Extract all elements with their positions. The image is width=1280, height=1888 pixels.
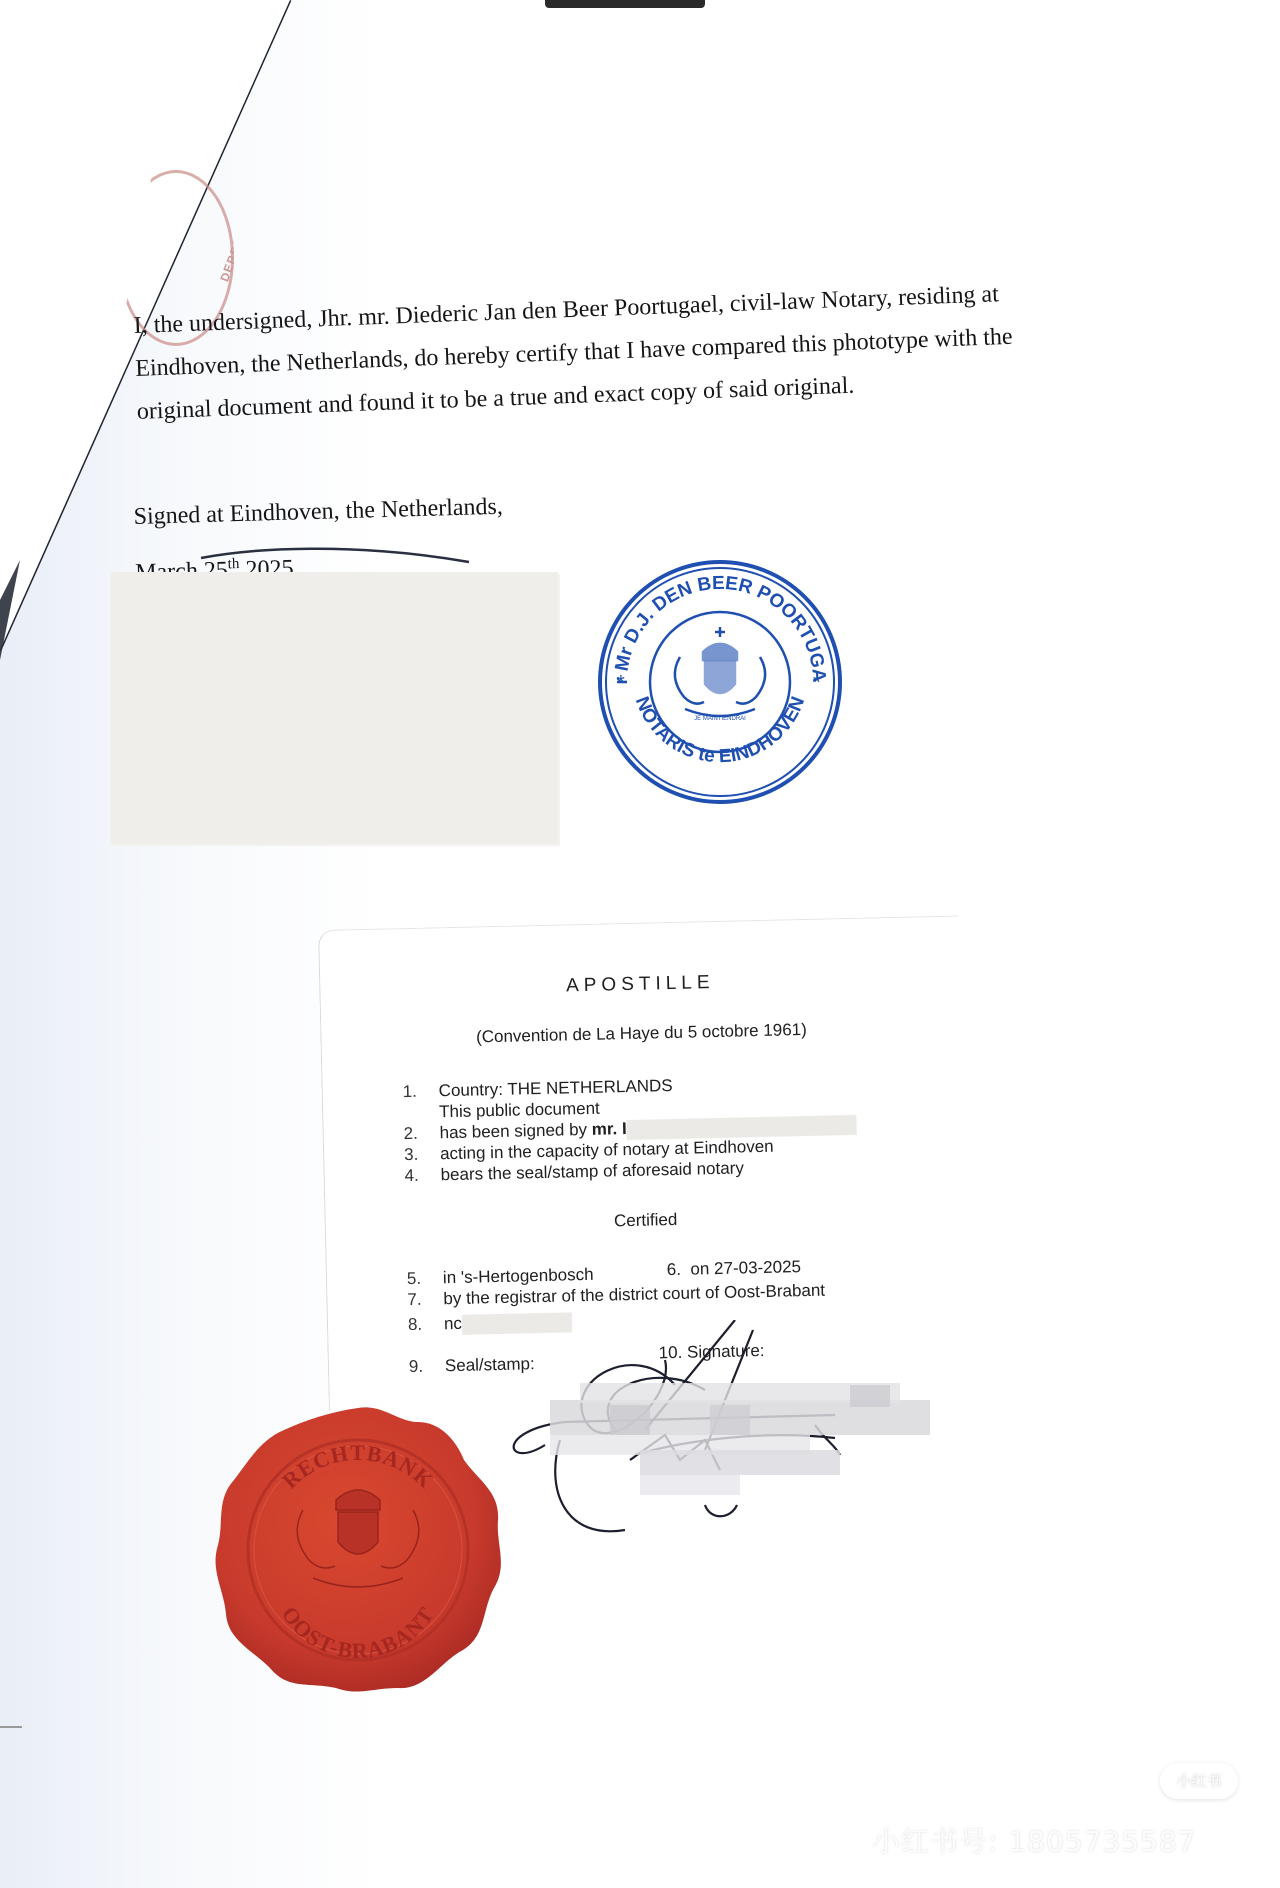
apostille-item-9: 9.Seal/stamp: (409, 1354, 535, 1377)
coat-of-arms-icon (675, 627, 765, 716)
apostille-item-10: 10. Signature: (658, 1341, 764, 1363)
svg-text:*: * (813, 672, 821, 694)
redacted-signer-name (627, 1114, 857, 1139)
apostille-certificate: APOSTILLE (Convention de La Haye du 5 oc… (318, 915, 970, 1410)
apostille-certified: Certified (326, 1203, 966, 1238)
apostille-convention: (Convention de La Haye du 5 octobre 1961… (321, 1016, 961, 1051)
wax-seal: RECHTBANK OOST-BRABANT (208, 1400, 508, 1695)
svg-text:JE MAINTIENDRAI: JE MAINTIENDRAI (694, 716, 746, 722)
redacted-number (462, 1312, 572, 1334)
svg-text:*: * (617, 672, 625, 694)
apostille-item-1: 1.Country: THE NETHERLANDS (402, 1076, 672, 1102)
binder-clip (545, 0, 705, 8)
stray-mark (0, 1726, 22, 1728)
notary-stamp: Jhr Mr D.J. DEN BEER POORTUGAEL NOTARIS … (595, 557, 845, 807)
apostille-item-5: 5.in 's-Hertogenbosch (407, 1265, 594, 1289)
apostille-item-8: 8.nc (408, 1311, 572, 1335)
signed-at-line: Signed at Eindhoven, the Netherlands, (133, 482, 504, 542)
apostille-item-6: 6. on 27-03-2025 (667, 1257, 802, 1280)
redacted-signature-area (110, 572, 558, 844)
svg-text:NOTARIS te EINDHOVEN: NOTARIS te EINDHOVEN (631, 694, 809, 768)
stamp-bottom-text: NOTARIS te EINDHOVEN (631, 694, 809, 768)
apostille-title: APOSTILLE (320, 966, 960, 1003)
xiaohongshu-logo: 小红书 (1160, 1763, 1238, 1799)
watermark-account: 小红书号: 1805735587 (872, 1820, 1196, 1860)
